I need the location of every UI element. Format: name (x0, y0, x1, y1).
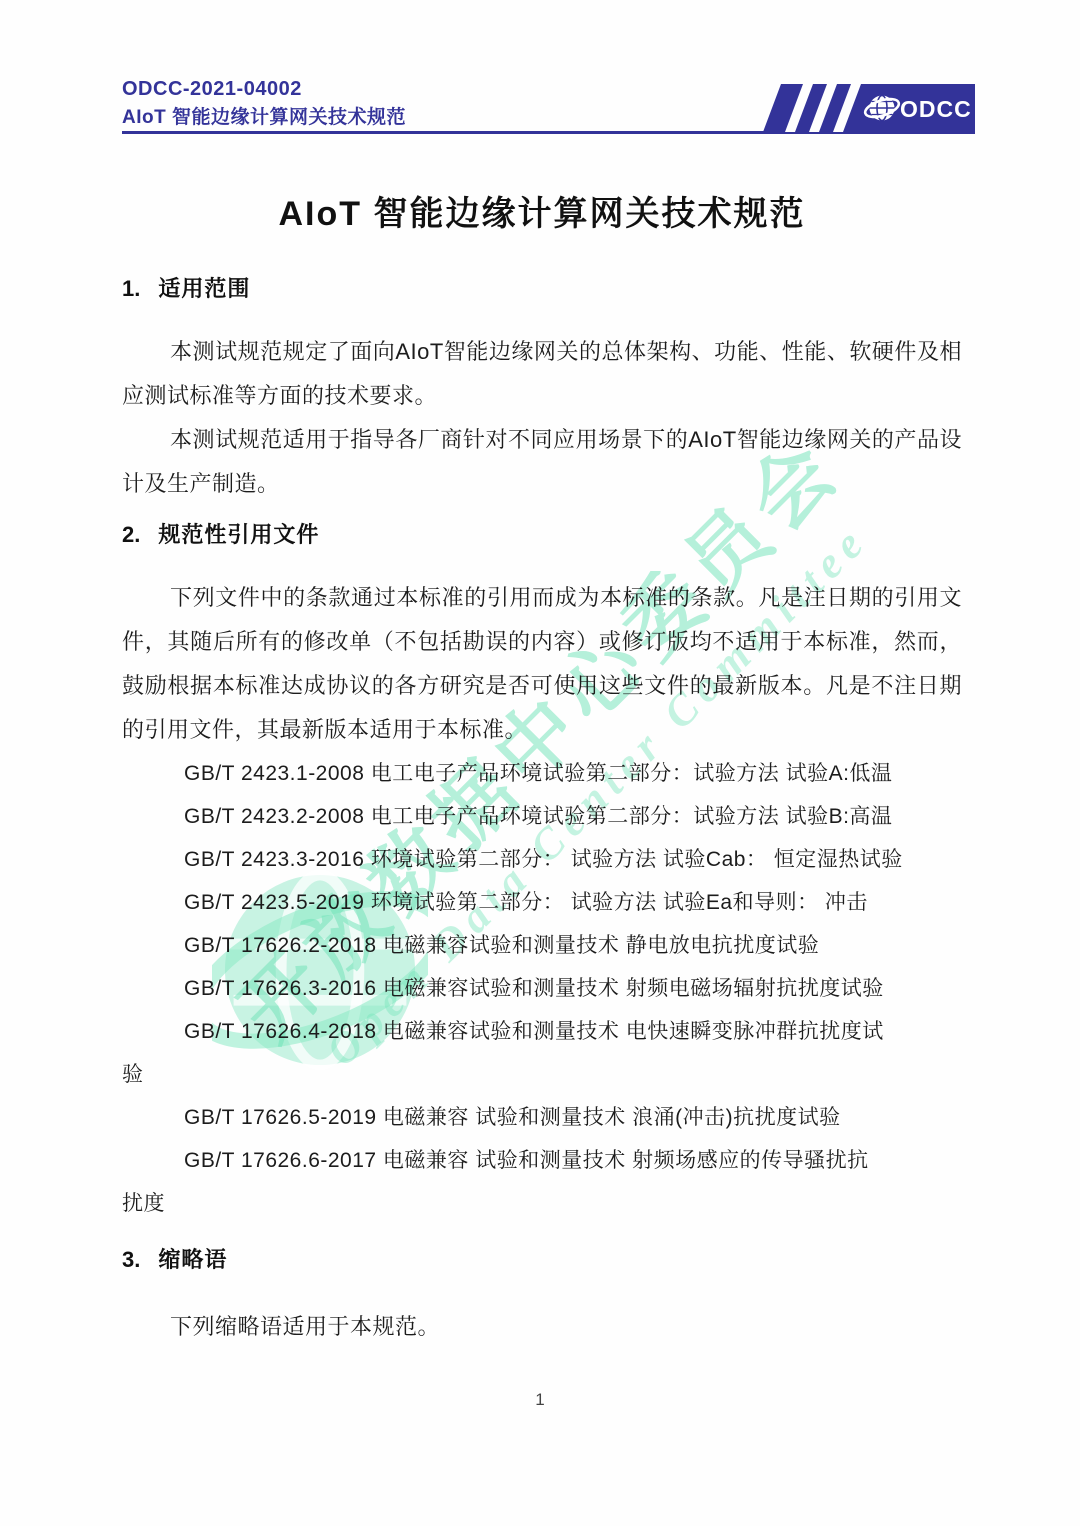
section-paragraphs: 下列文件中的条款通过本标准的引用而成为本标准的条款。凡是注日期的引用文件，其随后… (122, 576, 962, 752)
section-number: 1. (122, 274, 140, 304)
references-list: GB/T 2423.1-2008 电工电子产品环境试验第二部分：试验方法 试验A… (122, 752, 962, 1225)
section-heading: 3. 缩略语 (122, 1245, 962, 1275)
section-2: 2. 规范性引用文件 下列文件中的条款通过本标准的引用而成为本标准的条款。凡是注… (122, 520, 962, 1225)
section-title: 适用范围 (158, 274, 250, 304)
reference-line: 扰度 (122, 1182, 962, 1225)
paragraph: 本测试规范适用于指导各厂商针对不同应用场景下的AIoT智能边缘网关的产品设计及生… (122, 418, 962, 506)
section-number: 2. (122, 520, 140, 550)
reference-line: GB/T 17626.6-2017 电磁兼容 试验和测量技术 射频场感应的传导骚… (122, 1139, 962, 1182)
reference-line: GB/T 17626.3-2016 电磁兼容试验和测量技术 射频电磁场辐射抗扰度… (122, 967, 962, 1010)
page-title: AIoT 智能边缘计算网关技术规范 (122, 188, 962, 240)
odcc-logo-text: ODCC (900, 96, 972, 122)
reference-line: GB/T 17626.4-2018 电磁兼容试验和测量技术 电快速瞬变脉冲群抗扰… (122, 1010, 962, 1053)
section-number: 3. (122, 1245, 140, 1275)
odcc-banner: ODCC (745, 84, 975, 132)
paragraph: 本测试规范规定了面向AIoT智能边缘网关的总体架构、功能、性能、软硬件及相应测试… (122, 330, 962, 418)
page-header: ODCC-2021-04002 AIoT 智能边缘计算网关技术规范 ODCC (122, 76, 975, 134)
reference-line: GB/T 2423.5-2019 环境试验第二部分： 试验方法 试验Ea和导则：… (122, 881, 962, 924)
reference-line: GB/T 17626.5-2019 电磁兼容 试验和测量技术 浪涌(冲击)抗扰度… (122, 1096, 962, 1139)
section-3: 3. 缩略语 下列缩略语适用于本规范。 (122, 1245, 962, 1349)
page-number: 1 (0, 1390, 1080, 1410)
paragraph: 下列缩略语适用于本规范。 (122, 1305, 962, 1349)
reference-line: 验 (122, 1053, 962, 1096)
section-title: 缩略语 (158, 1245, 227, 1275)
section-1: 1. 适用范围 本测试规范规定了面向AIoT智能边缘网关的总体架构、功能、性能、… (122, 274, 962, 506)
reference-line: GB/T 2423.1-2008 电工电子产品环境试验第二部分：试验方法 试验A… (122, 752, 962, 795)
section-heading: 1. 适用范围 (122, 274, 962, 304)
section-paragraphs: 本测试规范规定了面向AIoT智能边缘网关的总体架构、功能、性能、软硬件及相应测试… (122, 330, 962, 506)
paragraph: 下列文件中的条款通过本标准的引用而成为本标准的条款。凡是注日期的引用文件，其随后… (122, 576, 962, 752)
document-content: AIoT 智能边缘计算网关技术规范 1. 适用范围 本测试规范规定了面向AIoT… (122, 180, 962, 1349)
document-page: 开放数据中心委员会 Open Data Center Committee ODC… (0, 0, 1080, 1526)
section-heading: 2. 规范性引用文件 (122, 520, 962, 550)
section-title: 规范性引用文件 (158, 520, 319, 550)
reference-line: GB/T 17626.2-2018 电磁兼容试验和测量技术 静电放电抗扰度试验 (122, 924, 962, 967)
reference-line: GB/T 2423.2-2008 电工电子产品环境试验第二部分：试验方法 试验B… (122, 795, 962, 838)
reference-line: GB/T 2423.3-2016 环境试验第二部分： 试验方法 试验Cab： 恒… (122, 838, 962, 881)
section-paragraphs: 下列缩略语适用于本规范。 (122, 1305, 962, 1349)
